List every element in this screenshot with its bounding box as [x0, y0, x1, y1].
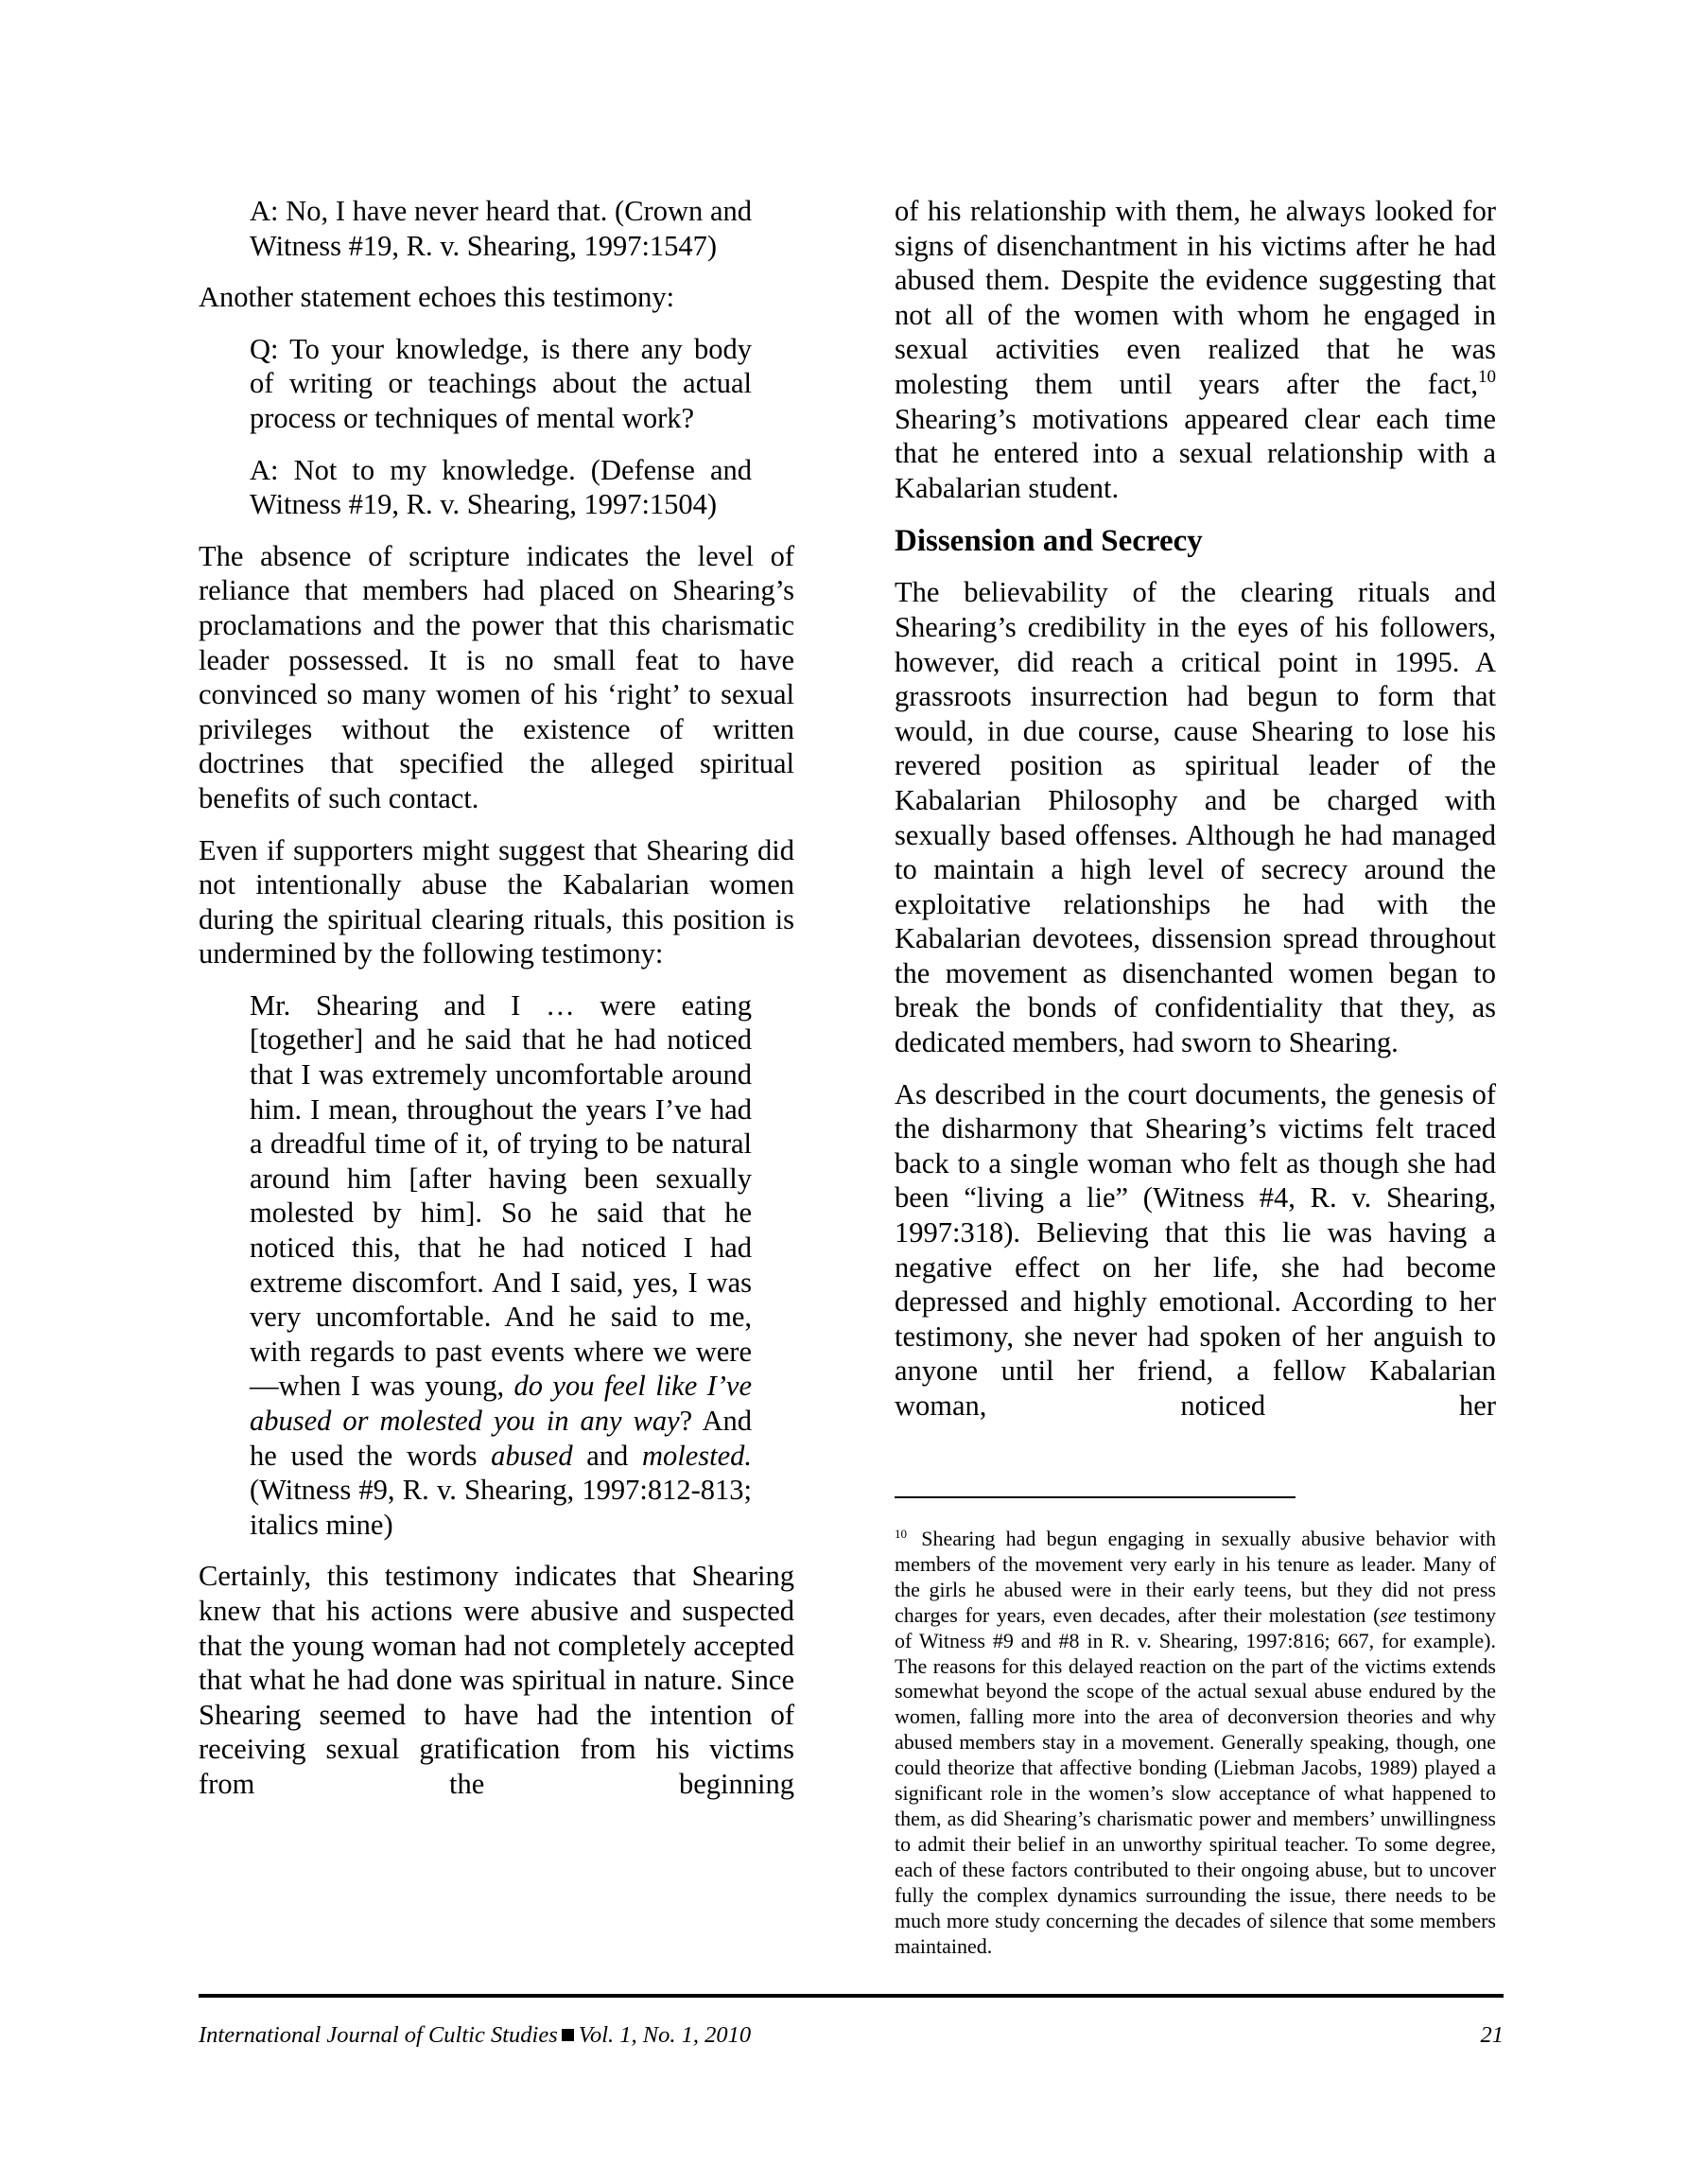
body-paragraph: Another statement echoes this testimony:	[199, 280, 794, 315]
body-paragraph: The believability of the clearing ritual…	[895, 575, 1496, 1059]
body-paragraph: Certainly, this testimony indicates that…	[199, 1559, 794, 1801]
paragraph-text: Shearing’s motivations appeared clear ea…	[895, 403, 1496, 504]
block-quote-question: Q: To your knowledge, is there any body …	[250, 332, 752, 436]
block-quote-answer: A: Not to my knowledge. (Defense and Wit…	[250, 453, 752, 522]
body-paragraph: Even if supporters might suggest that Sh…	[199, 833, 794, 971]
footer-rule	[199, 1994, 1504, 1998]
block-quote-crown-witness: A: No, I have never heard that. (Crown a…	[250, 194, 752, 263]
journal-page: A: No, I have never heard that. (Crown a…	[0, 0, 1687, 2184]
footnote: 10 Shearing had begun engaging in sexual…	[895, 1527, 1496, 1959]
page-footer: International Journal of Cultic StudiesV…	[199, 2020, 1504, 2051]
body-paragraph: As described in the court documents, the…	[895, 1077, 1496, 1424]
body-paragraph: of his relationship with them, he always…	[895, 194, 1496, 505]
footnote-separator	[895, 1496, 1296, 1498]
journal-title: International Journal of Cultic Studies	[199, 2022, 558, 2048]
section-heading: Dissension and Secrecy	[895, 522, 1496, 560]
footnote-marker: 10	[895, 1527, 907, 1541]
journal-volume: Vol. 1, No. 1, 2010	[579, 2022, 751, 2048]
quote-text: Mr. Shearing and I … were eating [togeth…	[250, 989, 752, 1403]
journal-citation: International Journal of Cultic StudiesV…	[199, 2020, 751, 2051]
quote-italic-text: molested.	[642, 1440, 752, 1472]
block-quote-witness-9: Mr. Shearing and I … were eating [togeth…	[250, 988, 752, 1543]
quote-italic-text: abused	[491, 1440, 572, 1472]
body-paragraph: The absence of scripture indicates the l…	[199, 539, 794, 816]
page-number: 21	[1481, 2020, 1504, 2051]
footnote-reference[interactable]: 10	[1478, 367, 1496, 387]
paragraph-text: of his relationship with them, he always…	[895, 195, 1496, 400]
footnote-body: testimony of Witness #9 and #8 in R. v. …	[895, 1603, 1496, 1958]
left-column: A: No, I have never heard that. (Crown a…	[199, 194, 794, 1819]
quote-text: and	[573, 1440, 642, 1472]
quote-citation: (Witness #9, R. v. Shearing, 1997:812-81…	[250, 1474, 752, 1541]
footnote-text: 10 Shearing had begun engaging in sexual…	[895, 1527, 1496, 1959]
footnote-italic: see	[1380, 1603, 1406, 1627]
square-bullet-icon	[562, 2029, 574, 2041]
right-column: of his relationship with them, he always…	[895, 194, 1496, 1441]
